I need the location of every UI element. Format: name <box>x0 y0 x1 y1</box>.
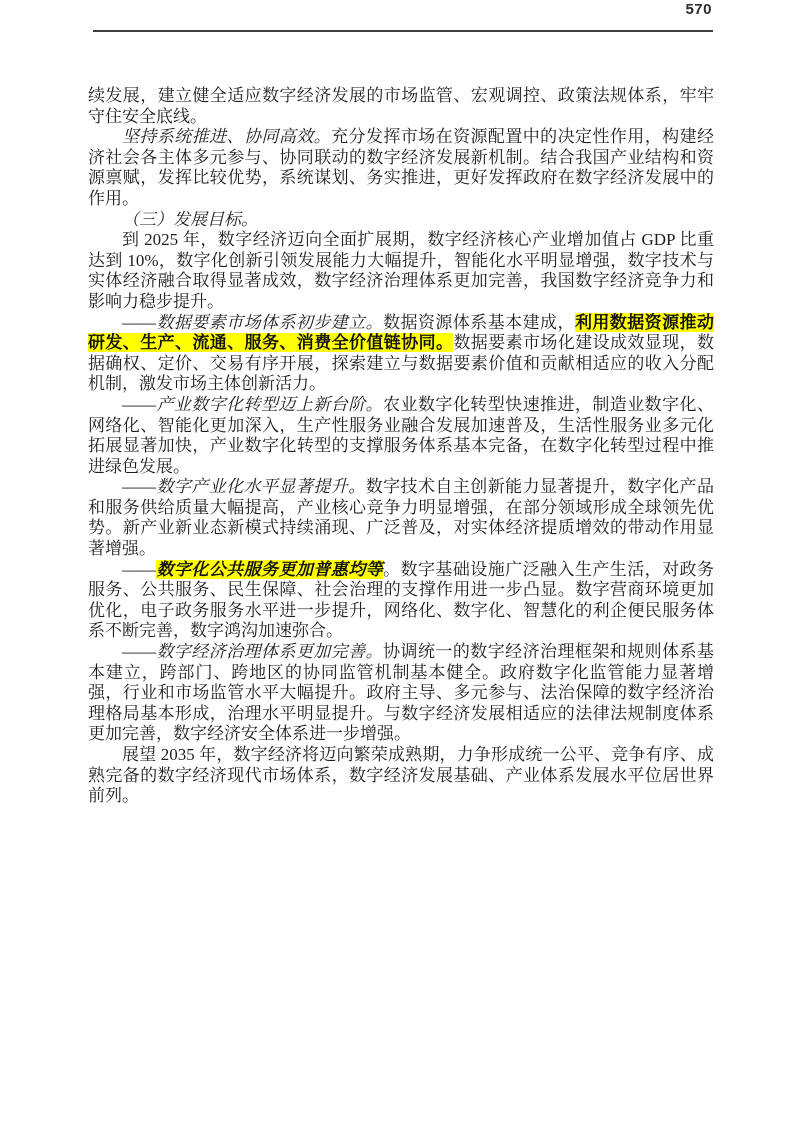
kaiti-lead-in: 数据要素市场体系初步建立。 <box>156 313 383 332</box>
kaiti-lead-in: 产业数字化转型迈上新台阶。 <box>156 395 383 414</box>
paragraph-9: ——数字经济治理体系更加完善。协调统一的数字经济治理框架和规则体系基本建立，跨部… <box>88 642 714 745</box>
paragraph-10: 展望 2035 年，数字经济将迈向繁荣成熟期，力争形成统一公平、竞争有序、成熟完… <box>88 745 714 807</box>
paragraph-1: 续发展，建立健全适应数字经济发展的市场监管、宏观调控、政策法规体系，牢牢守住安全… <box>88 86 714 127</box>
paragraph-2: 坚持系统推进、协同高效。充分发挥市场在资源配置中的决定性作用，构建经济社会各主体… <box>88 127 714 209</box>
text-run: 续发展，建立健全适应数字经济发展的市场监管、宏观调控、政策法规体系，牢牢守住安全… <box>88 86 714 126</box>
kaiti-lead-in: 数字产业化水平显著提升。 <box>156 477 366 496</box>
text-run: —— <box>122 560 156 579</box>
text-run: —— <box>122 642 156 661</box>
paragraph-3: （三）发展目标。 <box>88 210 714 231</box>
header-rule <box>93 30 713 32</box>
paragraph-4: 到 2025 年，数字经济迈向全面扩展期，数字经济核心产业增加值占 GDP 比重… <box>88 230 714 312</box>
kaiti-lead-in: 坚持系统推进、协同高效。 <box>122 127 331 146</box>
paragraph-7: ——数字产业化水平显著提升。数字技术自主创新能力显著提升，数字化产品和服务供给质… <box>88 477 714 559</box>
page-number: 570 <box>685 1 712 18</box>
paragraph-6: ——产业数字化转型迈上新台阶。农业数字化转型快速推进，制造业数字化、网络化、智能… <box>88 395 714 477</box>
paragraph-5: ——数据要素市场体系初步建立。数据资源体系基本建成，利用数据资源推动研发、生产、… <box>88 313 714 395</box>
text-run: 到 2025 年，数字经济迈向全面扩展期，数字经济核心产业增加值占 GDP 比重… <box>88 230 714 311</box>
kaiti-lead-in: 数字经济治理体系更加完善。 <box>156 642 383 661</box>
paragraph-8: ——数字化公共服务更加普惠均等。数字基础设施广泛融入生产生活，对政务服务、公共服… <box>88 560 714 642</box>
kaiti-lead-in: （三）发展目标。 <box>122 210 258 229</box>
highlighted-run: 数字化公共服务更加普惠均等 <box>156 560 383 579</box>
text-run: —— <box>122 395 156 414</box>
text-run: —— <box>122 477 156 496</box>
text-run: 展望 2035 年，数字经济将迈向繁荣成熟期，力争形成统一公平、竞争有序、成熟完… <box>88 745 714 805</box>
text-run: —— <box>122 313 156 332</box>
text-run: 数据资源体系基本建成， <box>383 313 575 332</box>
document-body: 续发展，建立健全适应数字经济发展的市场监管、宏观调控、政策法规体系，牢牢守住安全… <box>88 86 714 807</box>
